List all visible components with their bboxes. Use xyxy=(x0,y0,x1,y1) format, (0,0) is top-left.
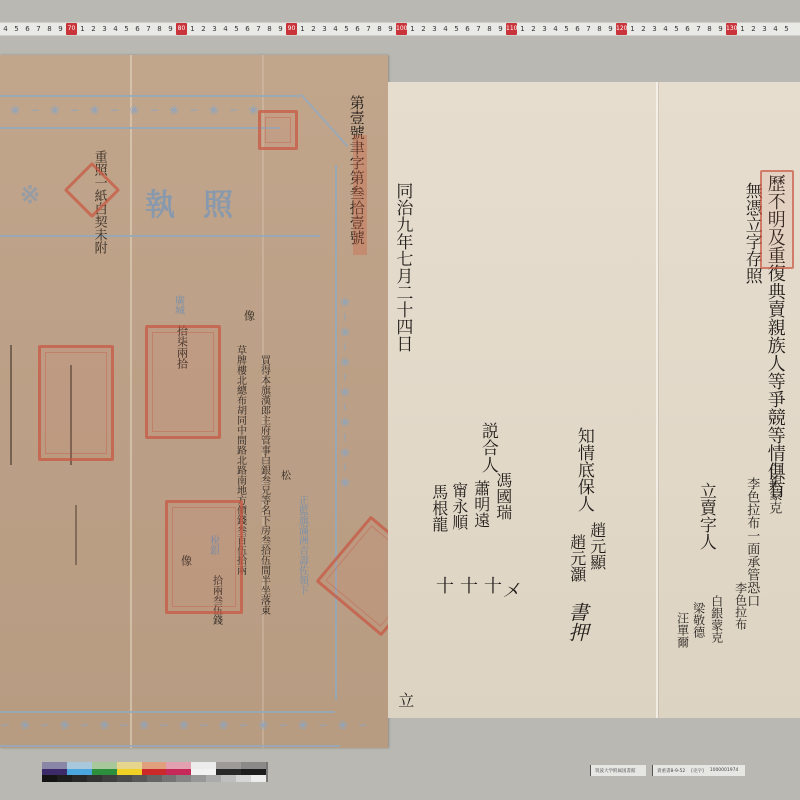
frame-border-corner xyxy=(300,94,348,147)
ruler-tick: 5 xyxy=(11,23,22,35)
ruler-tick: 7 xyxy=(363,23,374,35)
color-swatch xyxy=(251,775,266,782)
color-swatch xyxy=(57,775,72,782)
color-swatch xyxy=(92,762,117,769)
ruler-tick: 8 xyxy=(264,23,275,35)
ruler-tick: 8 xyxy=(154,23,165,35)
color-chart-gray-scale xyxy=(42,775,266,782)
license-title-left: ※ xyxy=(20,180,40,209)
deed-date: 同治九年七月二十四日 xyxy=(392,182,412,352)
color-swatch xyxy=(117,775,132,782)
manchu-script-column xyxy=(75,505,77,565)
ruler-tick: 7 xyxy=(693,23,704,35)
ruler-tick: 7 xyxy=(583,23,594,35)
deed-clause-2: 無憑立字存照 xyxy=(742,182,761,284)
color-calibration-chart xyxy=(42,762,268,782)
institution-label: 筑波大学附属図書館 xyxy=(590,765,646,776)
ruler-tick: 8 xyxy=(594,23,605,35)
middleman-label: 説合人 xyxy=(478,422,496,473)
ruler-tick: 2 xyxy=(198,23,209,35)
ruler-tick: 7 xyxy=(473,23,484,35)
ruler-tick: 5 xyxy=(781,23,792,35)
color-swatch xyxy=(191,769,216,776)
catalog-number: 貴重書8-9-52 xyxy=(657,768,685,774)
color-swatch xyxy=(42,762,67,769)
ruler-tick: 9 xyxy=(275,23,286,35)
ruler-tick: 1 xyxy=(187,23,198,35)
color-swatch xyxy=(191,775,206,782)
red-seal-small xyxy=(258,110,298,150)
ruler-tick: 1 xyxy=(517,23,528,35)
ruler-tick: 1 xyxy=(77,23,88,35)
color-swatch xyxy=(67,762,92,769)
left-document-license: ❀ ∽ ❀ ∽ ❀ ∽ ❀ ∽ ❀ ∽ ❀ ∽ ❀ ∽ ❀ ∽ ❀ ∽ ❀ ∽ … xyxy=(0,55,388,748)
ruler-tick: 6 xyxy=(572,23,583,35)
ruler-tick: 2 xyxy=(748,23,759,35)
color-swatch xyxy=(216,769,241,776)
red-seal-manchu xyxy=(38,345,114,461)
ruler-tick: 6 xyxy=(352,23,363,35)
ruler-tick: 5 xyxy=(231,23,242,35)
color-swatch xyxy=(176,775,191,782)
form-row-label: 像 xyxy=(243,310,255,321)
seller-label: 立賣字人 xyxy=(696,482,714,550)
ornament-band-right: ❀∽❀∽❀∽❀∽❀∽❀∽❀ xyxy=(338,295,352,492)
ruler-tick: 4 xyxy=(330,23,341,35)
red-seal-clause xyxy=(760,170,794,269)
seller-name-1: 李色拉布 xyxy=(734,582,747,630)
ruler-tick: 9 xyxy=(385,23,396,35)
ruler-tick: 7 xyxy=(143,23,154,35)
guarantor-name-2: 趙元灝 xyxy=(568,534,585,582)
color-swatch xyxy=(42,769,67,776)
color-swatch xyxy=(72,775,87,782)
ruler-tick: 130 xyxy=(726,23,737,35)
ruler-tick: 6 xyxy=(22,23,33,35)
ruler-tick: 2 xyxy=(308,23,319,35)
color-swatch xyxy=(221,775,236,782)
catalog-label: 貴重書8-9-52 [売字] 1000001974 xyxy=(652,765,745,776)
ruler-tick: 110 xyxy=(506,23,517,35)
seller-name-2: 白銀蒙克 xyxy=(710,595,723,643)
fold-shadow xyxy=(658,82,659,718)
middleman-marks: 十十十 xyxy=(436,572,508,598)
ruler-tick: 9 xyxy=(165,23,176,35)
ruler-tick: 6 xyxy=(242,23,253,35)
frame-border-bottom-outer xyxy=(0,745,340,747)
deed-clause-amount: 白銀蒙克 xyxy=(766,462,780,514)
ruler-tick: 8 xyxy=(484,23,495,35)
ruler-tick: 3 xyxy=(429,23,440,35)
color-swatch xyxy=(166,762,191,769)
ruler-tick: 6 xyxy=(682,23,693,35)
color-swatch xyxy=(142,762,167,769)
red-seal-tax xyxy=(165,500,243,614)
measuring-ruler: 4567897012345678980123456789901234567891… xyxy=(0,22,800,36)
ruler-tick: 3 xyxy=(759,23,770,35)
ruler-tick: 4 xyxy=(110,23,121,35)
color-swatch xyxy=(117,769,142,776)
color-swatch xyxy=(166,769,191,776)
ruler-tick: 6 xyxy=(132,23,143,35)
ruler-tick: 120 xyxy=(616,23,627,35)
ruler-tick: 5 xyxy=(671,23,682,35)
middleman-name-1: 馮國瑞 xyxy=(494,472,511,520)
side-mark: 松 xyxy=(278,470,289,480)
form-line-banner: 正藍旗滿洲吉壽佐領下 xyxy=(296,495,307,595)
ruler-tick: 3 xyxy=(99,23,110,35)
ruler-tick: 9 xyxy=(605,23,616,35)
ruler-tick: 2 xyxy=(88,23,99,35)
color-chart-light-row xyxy=(42,762,266,769)
frame-border-right xyxy=(335,165,337,700)
ruler-tick: 1 xyxy=(737,23,748,35)
color-swatch xyxy=(216,762,241,769)
ruler-tick: 3 xyxy=(649,23,660,35)
ornament-band-top: ❀ ∽ ❀ ∽ ❀ ∽ ❀ ∽ ❀ ∽ ❀ ∽ ❀ xyxy=(10,103,261,117)
ruler-tick: 8 xyxy=(44,23,55,35)
ruler-tick: 70 xyxy=(66,23,77,35)
frame-border-top xyxy=(0,95,300,97)
guarantor-label: 知情底保人 xyxy=(574,427,592,512)
ruler-tick: 4 xyxy=(660,23,671,35)
ruler-tick: 5 xyxy=(341,23,352,35)
ruler-tick: 9 xyxy=(55,23,66,35)
ruler-tick: 8 xyxy=(704,23,715,35)
middleman-sign-mark: 㐅 xyxy=(502,577,520,603)
manchu-script-column xyxy=(10,345,12,465)
color-swatch xyxy=(241,769,266,776)
form-line-main: 買得本旗漢郎主府管事白銀叁兄等名下房叁拾伍間半坐落東 xyxy=(258,355,269,615)
ruler-tick: 8 xyxy=(374,23,385,35)
color-swatch xyxy=(241,762,266,769)
ruler-tick: 4 xyxy=(220,23,231,35)
amount-box-label: 廣城 xyxy=(172,295,183,315)
frame-border-title xyxy=(0,235,320,237)
color-swatch xyxy=(102,775,117,782)
ruler-tick: 3 xyxy=(209,23,220,35)
color-swatch xyxy=(162,775,177,782)
color-swatch xyxy=(42,775,57,782)
ruler-tick: 3 xyxy=(539,23,550,35)
color-swatch xyxy=(236,775,251,782)
ruler-tick: 5 xyxy=(451,23,462,35)
ruler-tick: 2 xyxy=(528,23,539,35)
color-swatch xyxy=(147,775,162,782)
ruler-tick: 5 xyxy=(121,23,132,35)
frame-border-top-inner xyxy=(0,127,280,129)
fold-line xyxy=(130,55,132,748)
color-swatch xyxy=(67,769,92,776)
license-title: 執照 xyxy=(145,180,261,224)
ruler-tick: 7 xyxy=(33,23,44,35)
seller-name-4: 汪單爾 xyxy=(676,612,689,648)
ruler-tick: 2 xyxy=(418,23,429,35)
middleman-name-4: 馬根龍 xyxy=(430,484,447,532)
color-swatch xyxy=(142,769,167,776)
guarantor-signature: 書押 xyxy=(566,602,587,642)
ruler-tick: 6 xyxy=(462,23,473,35)
catalog-category: [売字] xyxy=(691,768,704,774)
ruler-tick: 1 xyxy=(407,23,418,35)
ruler-tick: 3 xyxy=(319,23,330,35)
color-swatch xyxy=(117,762,142,769)
ruler-tick: 90 xyxy=(286,23,297,35)
color-chart-saturated-row xyxy=(42,769,266,776)
guarantor-name-1: 趙元顯 xyxy=(588,522,605,570)
color-swatch xyxy=(206,775,221,782)
middleman-name-2: 蕭明遠 xyxy=(472,480,489,528)
red-seal-diamond xyxy=(64,162,121,219)
ruler-tick: 4 xyxy=(770,23,781,35)
catalog-item-id: 1000001974 xyxy=(710,768,739,773)
ruler-tick: 5 xyxy=(561,23,572,35)
red-seal-amount xyxy=(145,325,221,439)
frame-border-bottom xyxy=(0,711,335,713)
color-swatch xyxy=(87,775,102,782)
middleman-name-3: 甯永順 xyxy=(450,482,467,530)
ruler-tick: 1 xyxy=(627,23,638,35)
deed-date-suffix: 立 xyxy=(396,692,413,708)
ruler-tick: 7 xyxy=(253,23,264,35)
seller-name-3: 梁敬德 xyxy=(692,602,705,638)
ruler-tick: 4 xyxy=(440,23,451,35)
ruler-tick: 100 xyxy=(396,23,407,35)
right-document-deed: 同治九年七月二十四日 立 歷不明及重復典賣親族人等爭競等情俱有 無憑立字存照 李… xyxy=(388,82,800,718)
institution-name: 筑波大学附属図書館 xyxy=(595,768,636,774)
ruler-tick: 4 xyxy=(550,23,561,35)
ruler-tick: 4 xyxy=(0,23,11,35)
ruler-tick: 1 xyxy=(297,23,308,35)
color-swatch xyxy=(191,762,216,769)
color-swatch xyxy=(92,769,117,776)
color-swatch xyxy=(132,775,147,782)
red-ink-underlay xyxy=(353,135,367,255)
ruler-tick: 80 xyxy=(176,23,187,35)
ruler-tick: 9 xyxy=(495,23,506,35)
ruler-tick: 2 xyxy=(638,23,649,35)
ornament-band-bottom: ∽ ❀ ∽ ❀ ∽ ❀ ∽ ❀ ∽ ❀ ∽ ❀ ∽ ❀ ∽ ❀ ∽ ❀ ∽ xyxy=(0,718,371,732)
ruler-tick: 9 xyxy=(715,23,726,35)
